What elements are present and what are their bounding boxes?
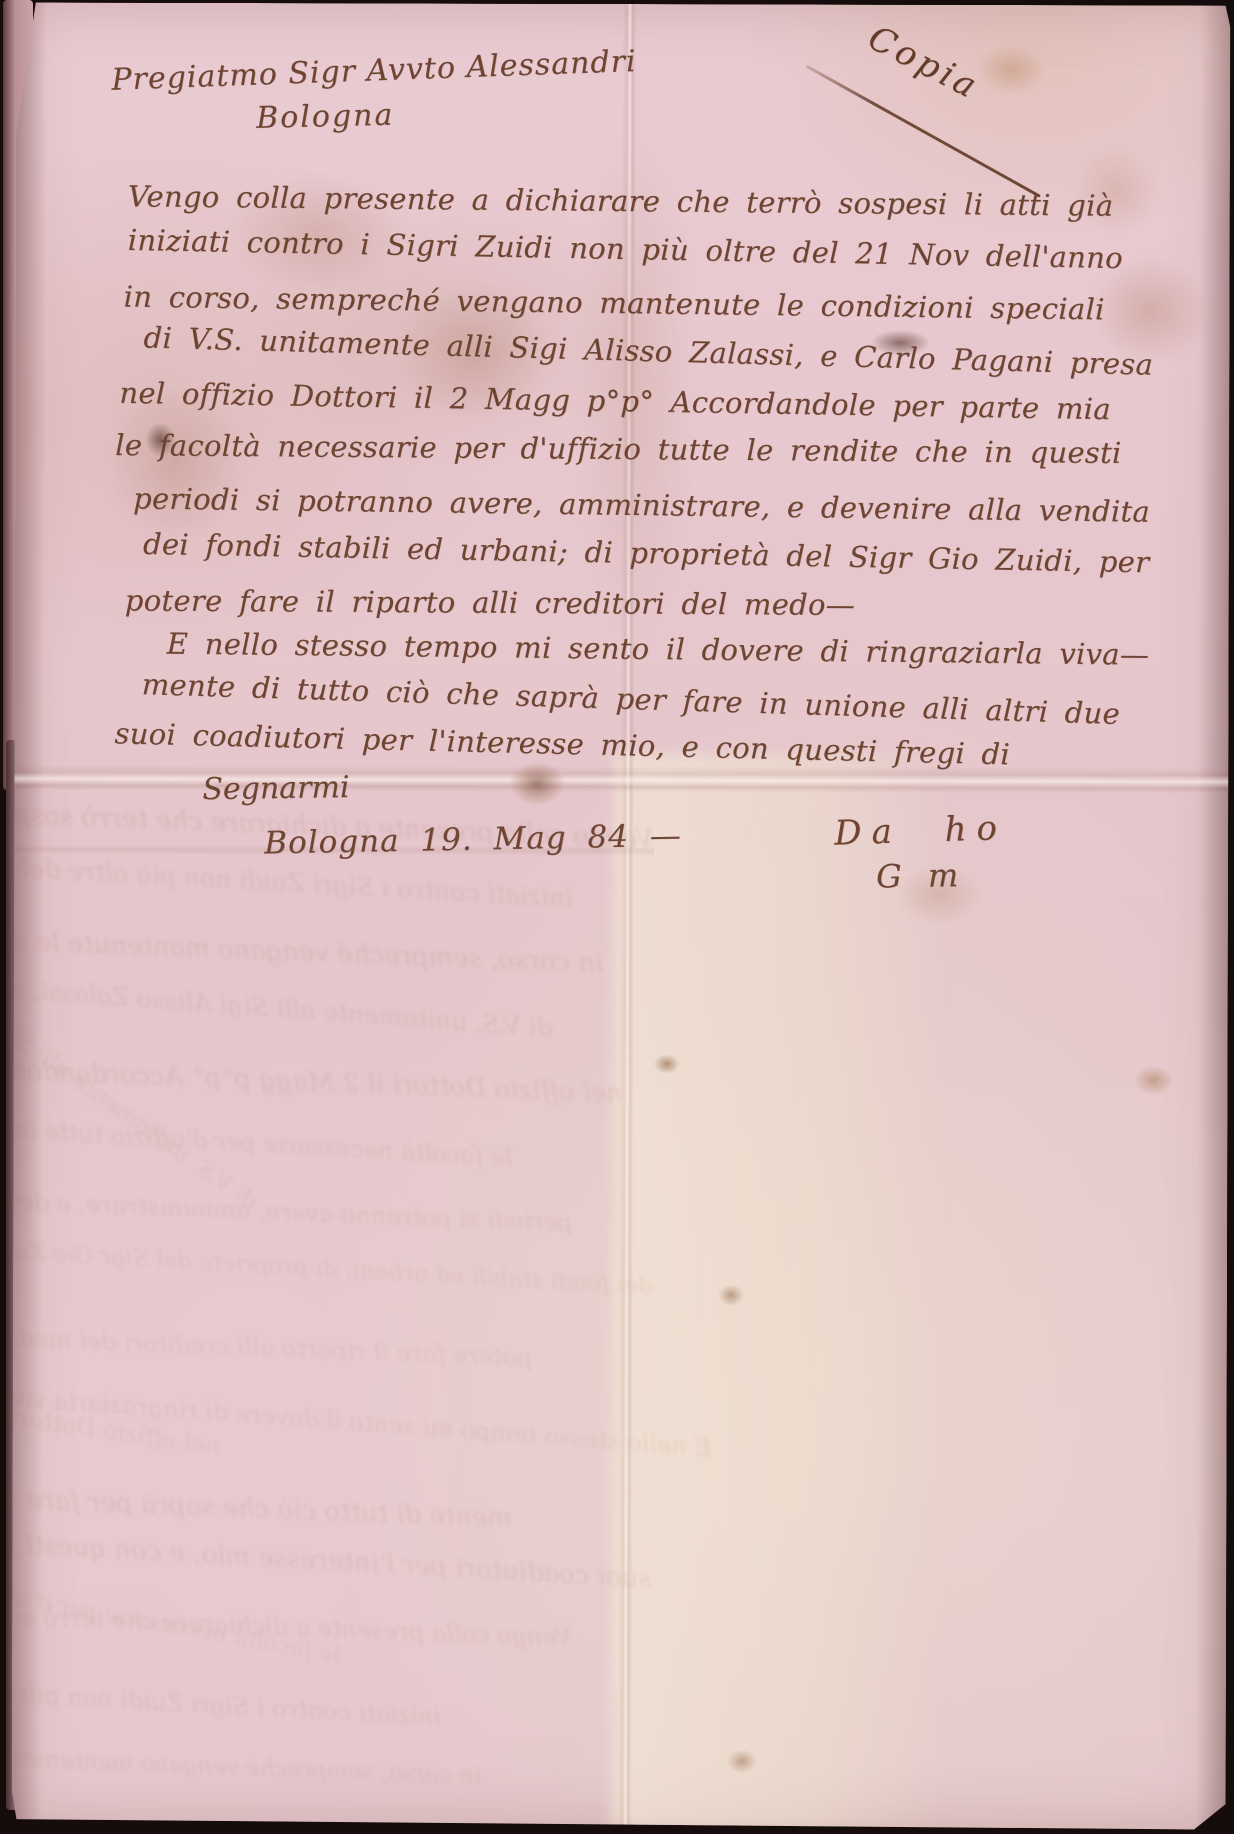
- bleed-through-line: le facoltà necessarie per d'uffizio tutt…: [0, 1515, 342, 1669]
- body-line: E nello stesso tempo mi sento il dovere …: [167, 627, 1150, 672]
- body-line: in corso, sempreché vengano mantenute le…: [123, 280, 1104, 327]
- bleed-through-line: dei fondi stabili ed urbani; di propriet…: [0, 1234, 653, 1300]
- dateline: Bologna 19. Mag 84 —: [264, 818, 682, 862]
- body-line: suoi coadiutori per l'interesse mio, e c…: [114, 716, 1010, 771]
- photograph-background: Pregiatmo Sigr Avvto Alessandri Bologna …: [0, 0, 1234, 1834]
- closing-word: Segnarmi: [202, 770, 350, 807]
- bleed-through-line: in corso, sempreché vengano mantenute le…: [0, 918, 604, 979]
- body-line: potere fare il riparto alli creditori de…: [125, 583, 855, 621]
- bleed-through-line: suoi coadiutori per l'interesse mio, e c…: [0, 1524, 652, 1594]
- body-line: Vengo colla presente a dichiarare che te…: [128, 179, 1114, 222]
- paper-discoloration-band: [612, 754, 945, 1829]
- bleed-through-line: nel offizio Dottori il 2 Magg p°p° Accor…: [0, 1327, 223, 1461]
- body-line: dei fondi stabili ed urbani; di propriet…: [143, 527, 1150, 579]
- bleed-through-line: periodi si potranno avere, amministrare,…: [0, 1180, 573, 1237]
- horizontal-fold-crease: [14, 764, 1228, 793]
- stain: [976, 45, 1046, 95]
- bleed-through-line: di V.S. unitamente alli Sigi Alisso Zala…: [0, 956, 554, 1042]
- body-line: periodi si potranno avere, amministrare,…: [133, 481, 1150, 528]
- signature-line-1: Da ho: [834, 808, 1008, 854]
- body-line: di V.S. unitamente alli Sigi Alisso Zala…: [143, 320, 1153, 381]
- bleed-through-line: in corso, sempreché vengano mantenute le…: [0, 1736, 482, 1789]
- bleed-through-line: potere fare il riparto alli creditori de…: [0, 1323, 533, 1372]
- bleed-through-line: le facoltà necessarie per d'uffizio tutt…: [0, 1102, 513, 1172]
- body-line: le facoltà necessarie per d'uffizio tutt…: [115, 428, 1122, 470]
- recipient-line: Pregiatmo Sigr Avvto Alessandri: [111, 44, 637, 98]
- bleed-through-line: iniziati contro i Sigri Zuidi non più ol…: [0, 1663, 442, 1732]
- copy-annotation: Copia: [862, 18, 987, 108]
- body-line: nel offizio Dottori il 2 Magg p°p° Accor…: [119, 376, 1111, 426]
- signature-line-2: G m: [876, 856, 967, 895]
- bleed-through-line: E nello stesso tempo mi sento il dovere …: [0, 1381, 713, 1462]
- bleed-through-line: nel offizio Dottori il 2 Magg p°p° Accor…: [0, 1049, 624, 1109]
- fox-spot: [1134, 1065, 1174, 1095]
- bleed-through-line: di V.S. unitamente alli Sigi Alisso Zala…: [0, 755, 263, 1216]
- bleed-through-line: Vengo colla presente a dichiarare che te…: [0, 1596, 572, 1652]
- bleed-through-line: mente di tutto ciò che saprà per fare in…: [0, 1474, 512, 1533]
- letter-page: Pregiatmo Sigr Avvto Alessandri Bologna …: [12, 2, 1231, 1829]
- recipient-city: Bologna: [256, 98, 395, 136]
